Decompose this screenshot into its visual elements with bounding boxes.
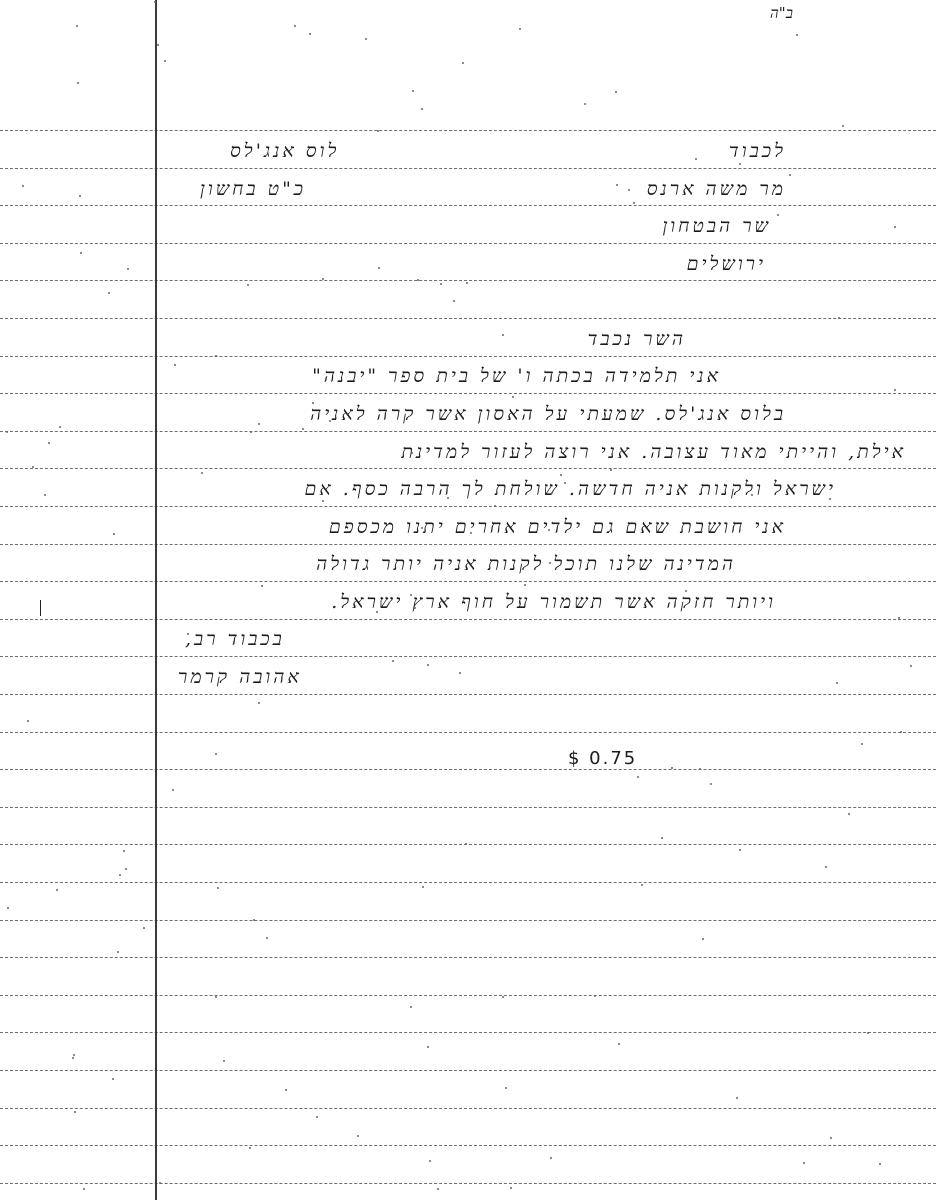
scan-speck — [829, 498, 831, 500]
scan-speck — [615, 91, 617, 93]
scan-speck — [410, 1006, 412, 1008]
recipient-name: מר משה ארנס — [647, 178, 786, 201]
scan-speck — [76, 25, 78, 27]
scan-speck — [628, 336, 630, 338]
date: כ"ט בחשון — [200, 178, 306, 201]
scan-speck — [113, 533, 115, 535]
scan-speck — [848, 813, 850, 815]
scan-speck — [44, 494, 46, 496]
ruled-line — [0, 732, 936, 733]
scan-speck — [127, 268, 129, 270]
scan-speck — [610, 469, 612, 471]
scan-speck — [143, 927, 145, 929]
scan-speck — [440, 283, 442, 285]
scan-speck — [316, 1116, 318, 1118]
scan-speck — [365, 38, 367, 40]
scan-speck — [618, 1043, 620, 1045]
ruled-line — [0, 957, 936, 958]
scan-speck — [249, 1147, 251, 1149]
ruled-line — [0, 920, 936, 921]
scan-speck — [637, 776, 639, 778]
scan-speck — [825, 866, 827, 868]
scan-speck — [411, 452, 413, 454]
scan-speck — [112, 1078, 114, 1080]
scan-speck — [119, 874, 121, 876]
scan-speck — [524, 584, 526, 586]
scan-speck — [79, 195, 81, 197]
ruled-line — [0, 393, 936, 394]
body-line: אני תלמידה בכתה ו' של בית ספר "יבנה" — [312, 365, 721, 388]
greeting: השר נכבד — [588, 328, 686, 351]
closing: בכבוד רב, — [185, 628, 285, 651]
scan-speck — [685, 590, 687, 592]
scan-speck — [123, 850, 125, 852]
scan-speck — [312, 402, 314, 404]
scan-speck — [830, 1137, 832, 1139]
margin-mark — [40, 600, 41, 616]
scan-speck — [462, 62, 464, 64]
ruled-line — [0, 506, 936, 507]
scan-speck — [300, 191, 302, 193]
scan-speck — [633, 202, 635, 204]
scan-speck — [739, 163, 741, 165]
scan-speck — [83, 1188, 85, 1190]
scan-speck — [223, 1060, 225, 1062]
scan-speck — [739, 849, 741, 851]
scan-speck — [551, 492, 553, 494]
ruled-line — [0, 807, 936, 808]
scan-speck — [157, 44, 159, 46]
scan-speck — [519, 28, 521, 30]
scan-speck — [619, 598, 621, 600]
scan-speck — [7, 907, 9, 909]
ruled-line — [0, 168, 936, 169]
scan-speck — [417, 279, 419, 281]
scan-speck — [695, 158, 697, 160]
ruled-line — [0, 769, 936, 770]
scan-speck — [867, 1032, 869, 1034]
scan-speck — [421, 108, 423, 110]
scan-speck — [329, 420, 331, 422]
scan-speck — [838, 317, 840, 319]
scan-speck — [376, 611, 378, 613]
ruled-line — [0, 468, 936, 469]
scan-speck — [803, 1162, 805, 1164]
scan-speck — [894, 226, 896, 228]
scan-speck — [459, 672, 461, 674]
scan-speck — [322, 278, 324, 280]
scan-speck — [910, 665, 912, 667]
scan-speck — [285, 1089, 287, 1091]
scan-speck — [628, 189, 630, 191]
scan-speck — [22, 185, 24, 187]
scan-speck — [796, 34, 798, 36]
scan-speck — [117, 951, 119, 953]
scan-speck — [465, 843, 467, 845]
ruled-line — [0, 130, 936, 131]
ruled-line — [0, 544, 936, 545]
scan-speck — [437, 1188, 439, 1190]
ruled-line — [0, 318, 936, 319]
scan-speck — [584, 103, 586, 105]
salutation: לכבוד — [729, 140, 786, 163]
corner-mark: ב"ה — [770, 4, 793, 23]
ruled-line — [0, 882, 936, 883]
body-line: ישראל ולקנות אניה חדשה. שולחת לך הרבה כס… — [304, 478, 836, 501]
ruled-line — [0, 431, 936, 432]
scan-speck — [201, 472, 203, 474]
scan-speck — [215, 355, 217, 357]
scan-speck — [125, 868, 127, 870]
body-line: בלוס אנג'לס. שמעתי על האסון אשר קרה לאני… — [310, 403, 786, 426]
scan-speck — [378, 267, 380, 269]
scan-speck — [164, 60, 166, 62]
scan-speck — [27, 720, 29, 722]
scan-speck — [174, 364, 176, 366]
scan-speck — [861, 743, 863, 745]
scan-speck — [73, 1054, 75, 1056]
scan-speck — [505, 1087, 507, 1089]
ruled-line — [0, 1145, 936, 1146]
scan-speck — [594, 995, 596, 997]
ruled-line — [0, 844, 936, 845]
scan-speck — [261, 585, 263, 587]
scan-speck — [560, 474, 562, 476]
place: לוס אנג'לס — [230, 140, 339, 163]
ruled-line — [0, 995, 936, 996]
body-line: אילת, והייתי מאוד עצובה. אני רוצה לעזור … — [401, 441, 906, 464]
scan-speck — [322, 500, 324, 502]
scan-speck — [357, 1135, 359, 1137]
scan-speck — [422, 886, 424, 888]
ruled-line — [0, 243, 936, 244]
scan-speck — [172, 789, 174, 791]
scan-speck — [309, 33, 311, 35]
scan-speck — [502, 996, 504, 998]
scan-speck — [56, 889, 58, 891]
scan-speck — [549, 562, 551, 564]
scan-speck — [377, 130, 379, 132]
ruled-line — [0, 205, 936, 206]
ruled-line — [0, 694, 936, 695]
scan-speck — [108, 292, 110, 294]
scan-speck — [512, 396, 514, 398]
scan-speck — [215, 753, 217, 755]
scan-speck — [777, 214, 779, 216]
ruled-line — [0, 356, 936, 357]
body-line: המדינה שלנו תוכל לקנות אניה יותר גדולה — [316, 553, 736, 576]
scan-speck — [253, 919, 255, 921]
recipient-title: שר הבטחון — [662, 215, 771, 238]
scan-speck — [258, 423, 260, 425]
scan-speck — [836, 682, 838, 684]
scan-speck — [80, 252, 82, 254]
scan-speck — [59, 426, 61, 428]
ruled-line — [0, 619, 936, 620]
scan-speck — [453, 300, 455, 302]
scan-speck — [77, 82, 79, 84]
scan-speck — [550, 1157, 552, 1159]
scan-speck — [258, 702, 260, 704]
scan-speck — [641, 884, 643, 886]
scan-speck — [48, 442, 50, 444]
scan-speck — [410, 594, 412, 596]
scan-speck — [616, 184, 618, 186]
scan-speck — [427, 664, 429, 666]
scan-speck — [429, 1160, 431, 1162]
body-line: ויותר חזקה אשר תשמור על חוף ארץ ישראל. — [331, 591, 776, 614]
scan-speck — [736, 1097, 738, 1099]
scan-speck — [494, 505, 496, 507]
scan-speck — [392, 660, 394, 662]
ruled-line — [0, 656, 936, 657]
scan-speck — [250, 431, 252, 433]
scan-speck — [154, 1, 156, 3]
margin-line — [155, 0, 157, 1200]
scan-speck — [671, 767, 673, 769]
scan-speck — [217, 887, 219, 889]
scan-speck — [427, 1046, 429, 1048]
scan-speck — [421, 527, 423, 529]
recipient-city: ירושלים — [687, 253, 766, 276]
scan-speck — [879, 1163, 881, 1165]
scan-speck — [247, 284, 249, 286]
scan-speck — [510, 1187, 512, 1189]
scan-speck — [894, 389, 896, 391]
ruled-line — [0, 1032, 936, 1033]
scan-speck — [789, 174, 791, 176]
scan-speck — [294, 25, 296, 27]
ruled-line — [0, 280, 936, 281]
scan-speck — [187, 633, 189, 635]
amount: $ 0.75 — [568, 748, 637, 769]
scan-speck — [502, 334, 504, 336]
scan-speck — [699, 768, 701, 770]
lined-paper-page: ב"ה לכבוד לוס אנג'לס מר משה ארנס כ"ט בחש… — [0, 0, 936, 1200]
body-line: אני חושבת שאם גם ילדים אחרים יתנו מכספם — [329, 516, 786, 539]
scan-speck — [6, 431, 8, 433]
scan-speck — [661, 837, 663, 839]
scan-speck — [414, 607, 416, 609]
scan-speck — [898, 617, 900, 619]
ruled-line — [0, 581, 936, 582]
scan-speck — [215, 996, 217, 998]
scan-speck — [74, 1111, 76, 1113]
scan-speck — [842, 125, 844, 127]
scan-speck — [32, 466, 34, 468]
scan-speck — [548, 529, 550, 531]
ruled-line — [0, 1108, 936, 1109]
scan-speck — [466, 282, 468, 284]
scan-speck — [447, 497, 449, 499]
scan-speck — [266, 937, 268, 939]
scan-speck — [710, 783, 712, 785]
scan-speck — [900, 731, 902, 733]
ruled-line — [0, 1070, 936, 1071]
scan-speck — [412, 90, 414, 92]
ruled-line — [0, 1183, 936, 1184]
scan-speck — [159, 1182, 161, 1184]
scan-speck — [751, 494, 753, 496]
scan-speck — [470, 532, 472, 534]
scan-speck — [302, 428, 304, 430]
signature: אהובה קרמר — [178, 666, 302, 689]
scan-speck — [702, 938, 704, 940]
scan-speck — [564, 482, 566, 484]
scan-speck — [72, 1057, 74, 1059]
